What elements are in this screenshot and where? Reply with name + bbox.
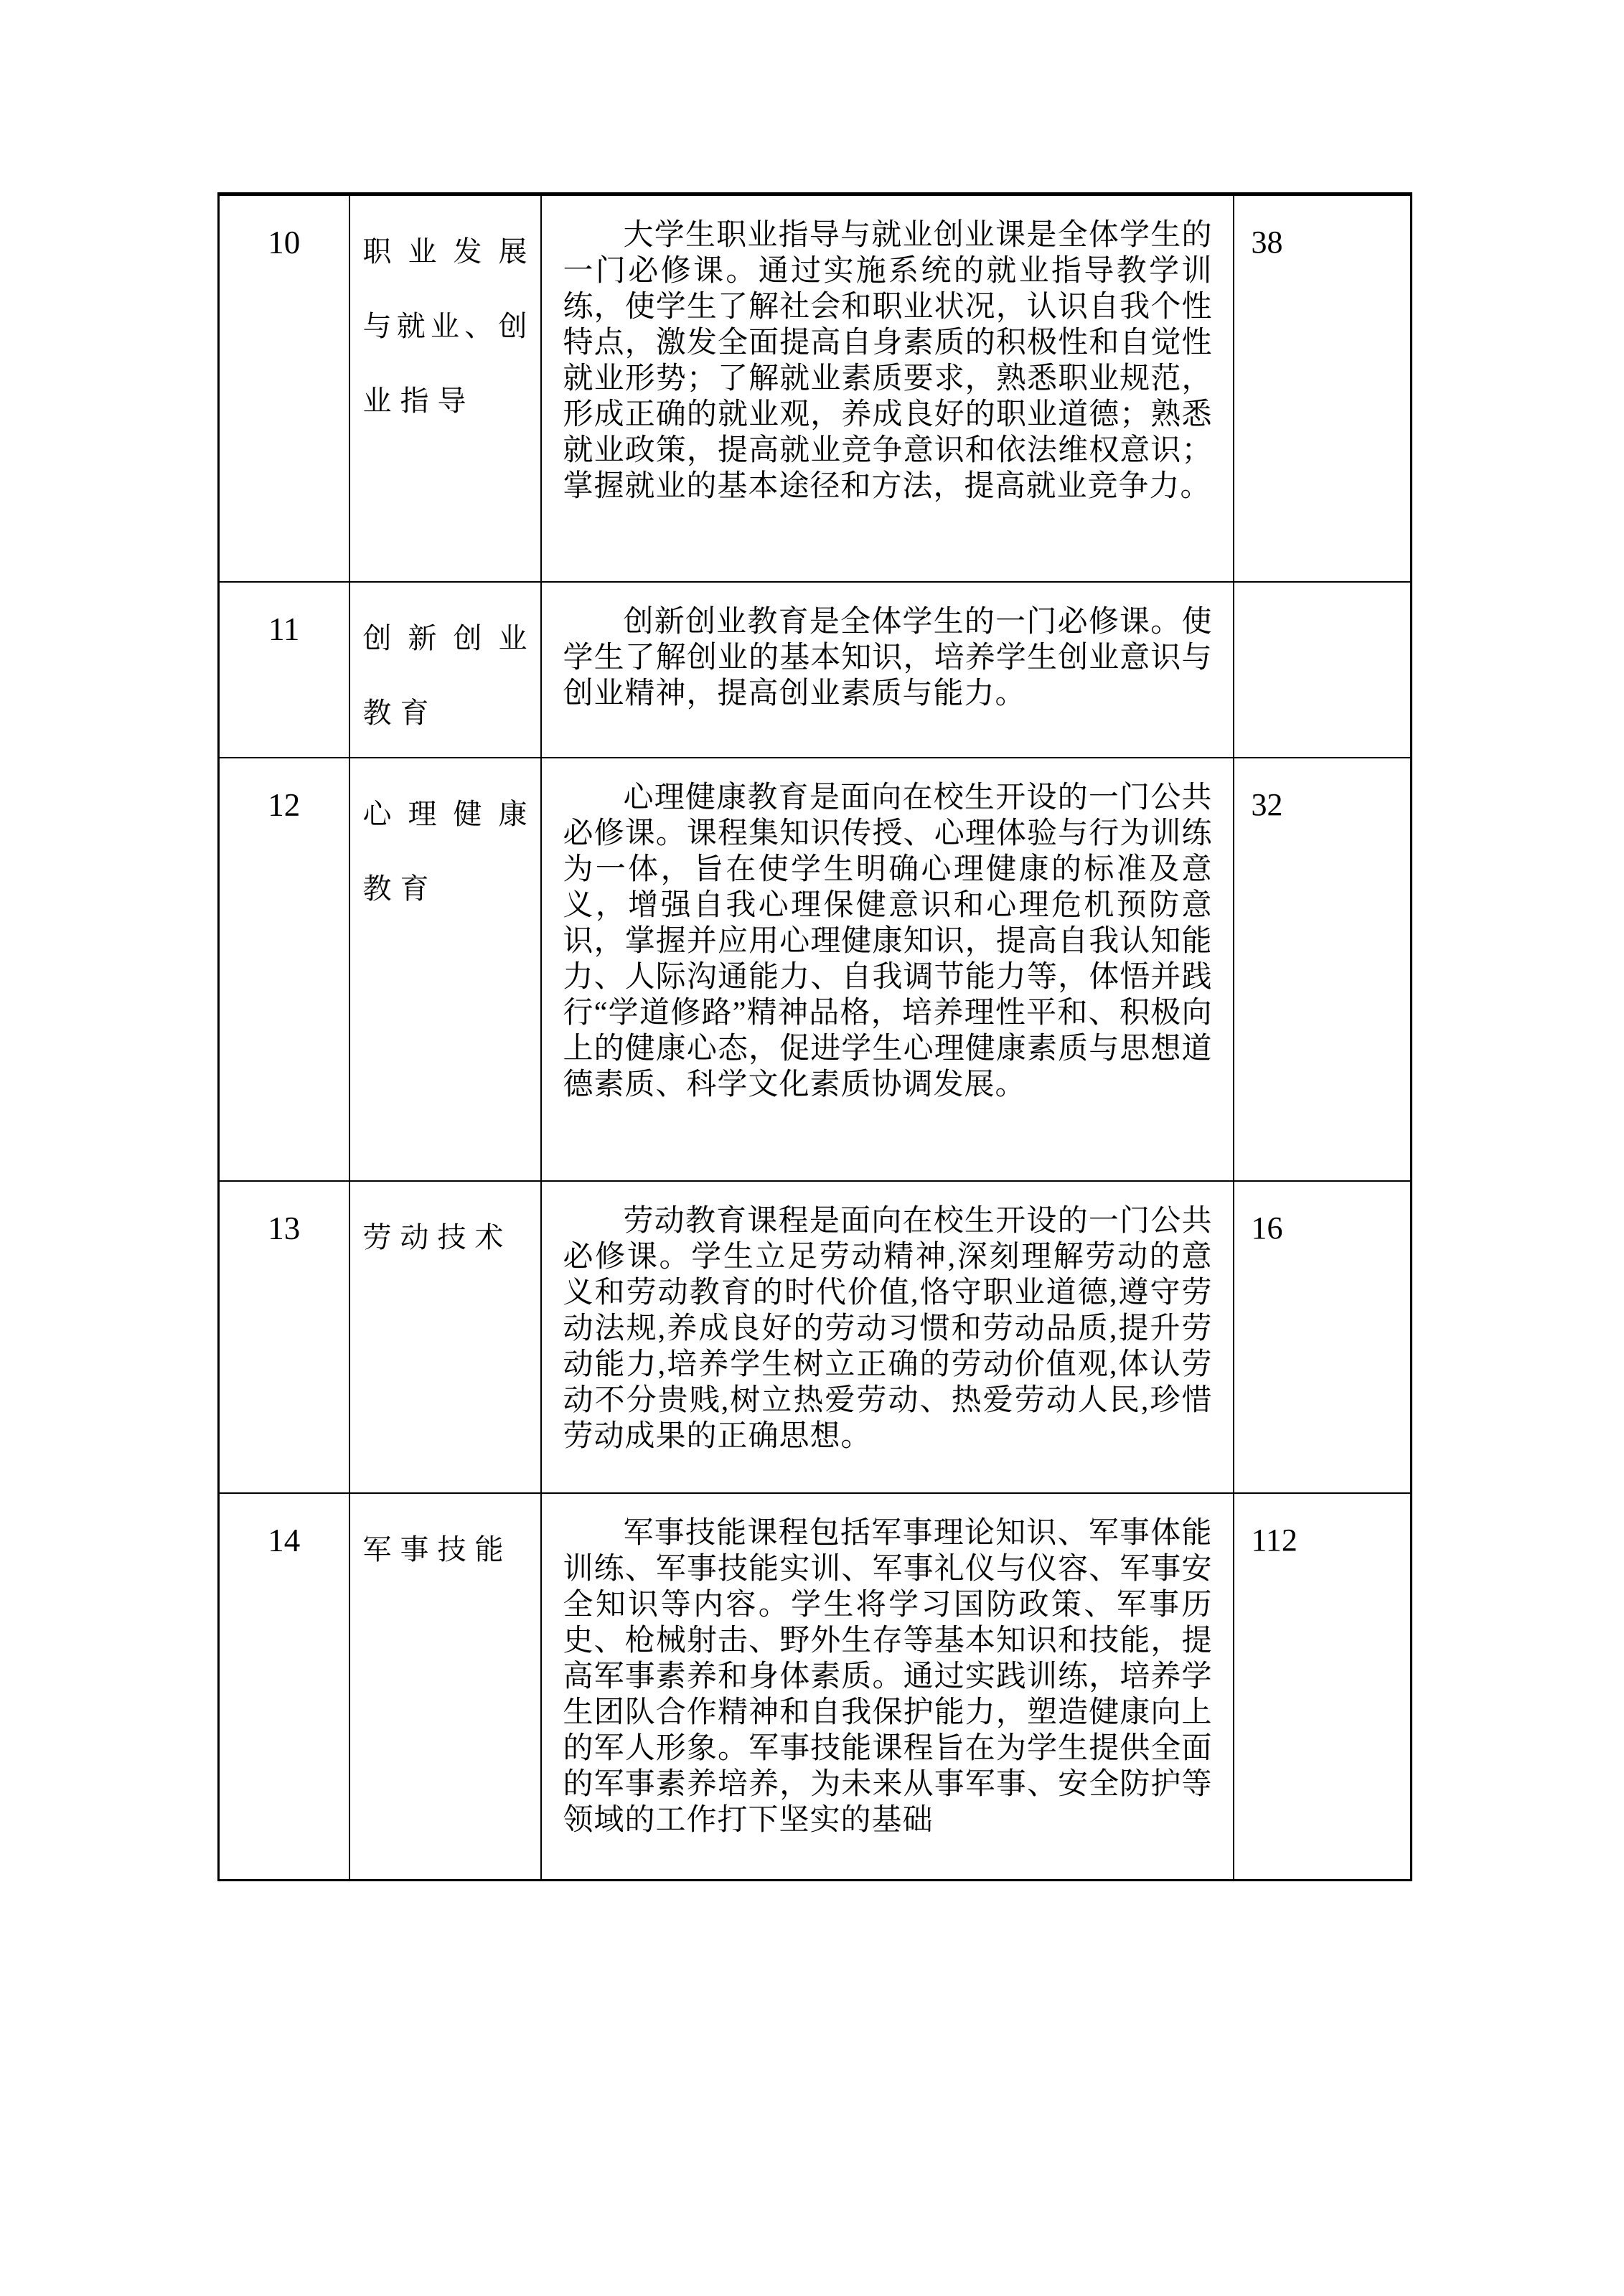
- course-number: 14: [219, 1493, 349, 1881]
- course-description: 创新创业教育是全体学生的一门必修课。使学生了解创业的基本知识，培养学生创业意识与…: [563, 604, 1213, 753]
- course-number: 10: [219, 194, 349, 582]
- course-name-line: 与就业、创: [363, 289, 527, 364]
- course-name-line: 职业发展: [363, 215, 527, 289]
- course-number: 12: [219, 758, 349, 1181]
- course-description-cell: 创新创业教育是全体学生的一门必修课。使学生了解创业的基本知识，培养学生创业意识与…: [541, 582, 1234, 758]
- course-name-line: 创新创业: [363, 601, 527, 676]
- table-row: 14 军事技能 军事技能课程包括军事理论知识、军事体能训练、军事技能实训、军事礼…: [219, 1493, 1412, 1881]
- table-row: 10 职业发展 与就业、创 业指导 大学生职业指导与就业创业课是全体学生的一门必…: [219, 194, 1412, 582]
- course-description: 大学生职业指导与就业创业课是全体学生的一门必修课。通过实施系统的就业指导教学训练…: [563, 217, 1213, 578]
- course-number: 11: [219, 582, 349, 758]
- course-hours: [1234, 582, 1412, 758]
- course-description-cell: 大学生职业指导与就业创业课是全体学生的一门必修课。通过实施系统的就业指导教学训练…: [541, 194, 1234, 582]
- table-row: 13 劳动技术 劳动教育课程是面向在校生开设的一门公共必修课。学生立足劳动精神,…: [219, 1181, 1412, 1493]
- course-hours: 112: [1234, 1493, 1412, 1881]
- course-name-line: 军事技能: [363, 1512, 527, 1587]
- course-name-cell: 创新创业 教育: [349, 582, 541, 758]
- course-name-line: 教育: [363, 852, 527, 926]
- course-name-line: 教育: [363, 676, 527, 751]
- course-name-cell: 军事技能: [349, 1493, 541, 1881]
- course-name-cell: 心理健康 教育: [349, 758, 541, 1181]
- course-hours: 38: [1234, 194, 1412, 582]
- course-name-line: 业指导: [363, 364, 527, 438]
- course-number: 13: [219, 1181, 349, 1493]
- course-description-cell: 心理健康教育是面向在校生开设的一门公共必修课。课程集知识传授、心理体验与行为训练…: [541, 758, 1234, 1181]
- course-hours: 32: [1234, 758, 1412, 1181]
- document-page: 10 职业发展 与就业、创 业指导 大学生职业指导与就业创业课是全体学生的一门必…: [0, 0, 1624, 2296]
- course-hours: 16: [1234, 1181, 1412, 1493]
- course-description: 军事技能课程包括军事理论知识、军事体能训练、军事技能实训、军事礼仪与仪容、军事安…: [563, 1515, 1213, 1876]
- table-row: 11 创新创业 教育 创新创业教育是全体学生的一门必修课。使学生了解创业的基本知…: [219, 582, 1412, 758]
- course-description-cell: 军事技能课程包括军事理论知识、军事体能训练、军事技能实训、军事礼仪与仪容、军事安…: [541, 1493, 1234, 1881]
- course-name-cell: 劳动技术: [349, 1181, 541, 1493]
- course-table: 10 职业发展 与就业、创 业指导 大学生职业指导与就业创业课是全体学生的一门必…: [217, 192, 1412, 1881]
- course-description: 心理健康教育是面向在校生开设的一门公共必修课。课程集知识传授、心理体验与行为训练…: [563, 780, 1213, 1176]
- course-description-cell: 劳动教育课程是面向在校生开设的一门公共必修课。学生立足劳动精神,深刻理解劳动的意…: [541, 1181, 1234, 1493]
- table-row: 12 心理健康 教育 心理健康教育是面向在校生开设的一门公共必修课。课程集知识传…: [219, 758, 1412, 1181]
- course-name-line: 心理健康: [363, 777, 527, 852]
- course-description: 劳动教育课程是面向在校生开设的一门公共必修课。学生立足劳动精神,深刻理解劳动的意…: [563, 1203, 1213, 1488]
- course-name-cell: 职业发展 与就业、创 业指导: [349, 194, 541, 582]
- course-name-line: 劳动技术: [363, 1200, 527, 1275]
